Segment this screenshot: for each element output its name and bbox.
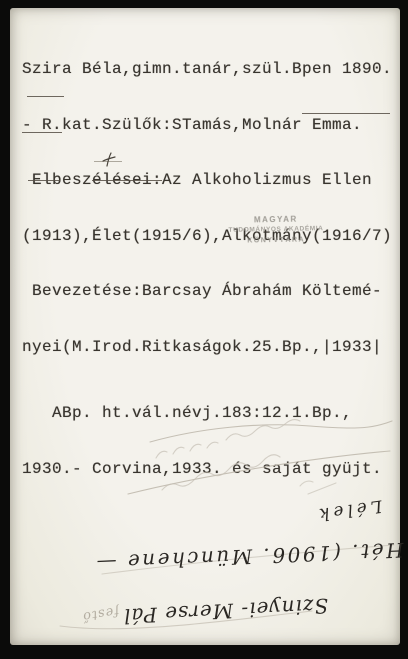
scan-border: Szira Béla,gimn.tanár,szül.Bpen 1890. - …: [0, 0, 408, 659]
catalog-card: Szira Béla,gimn.tanár,szül.Bpen 1890. - …: [10, 8, 400, 645]
pencil-scribble-marks: [300, 481, 336, 494]
pencil-scribble-words-1: [226, 420, 300, 440]
handwritten-correction-t: [103, 153, 115, 166]
pencil-scribble-line-1: [150, 421, 392, 442]
pencil-scribble-line-2: [128, 451, 390, 494]
pencil-scribble-words-2: [162, 455, 280, 490]
pencil-scribble-year: [156, 442, 218, 458]
